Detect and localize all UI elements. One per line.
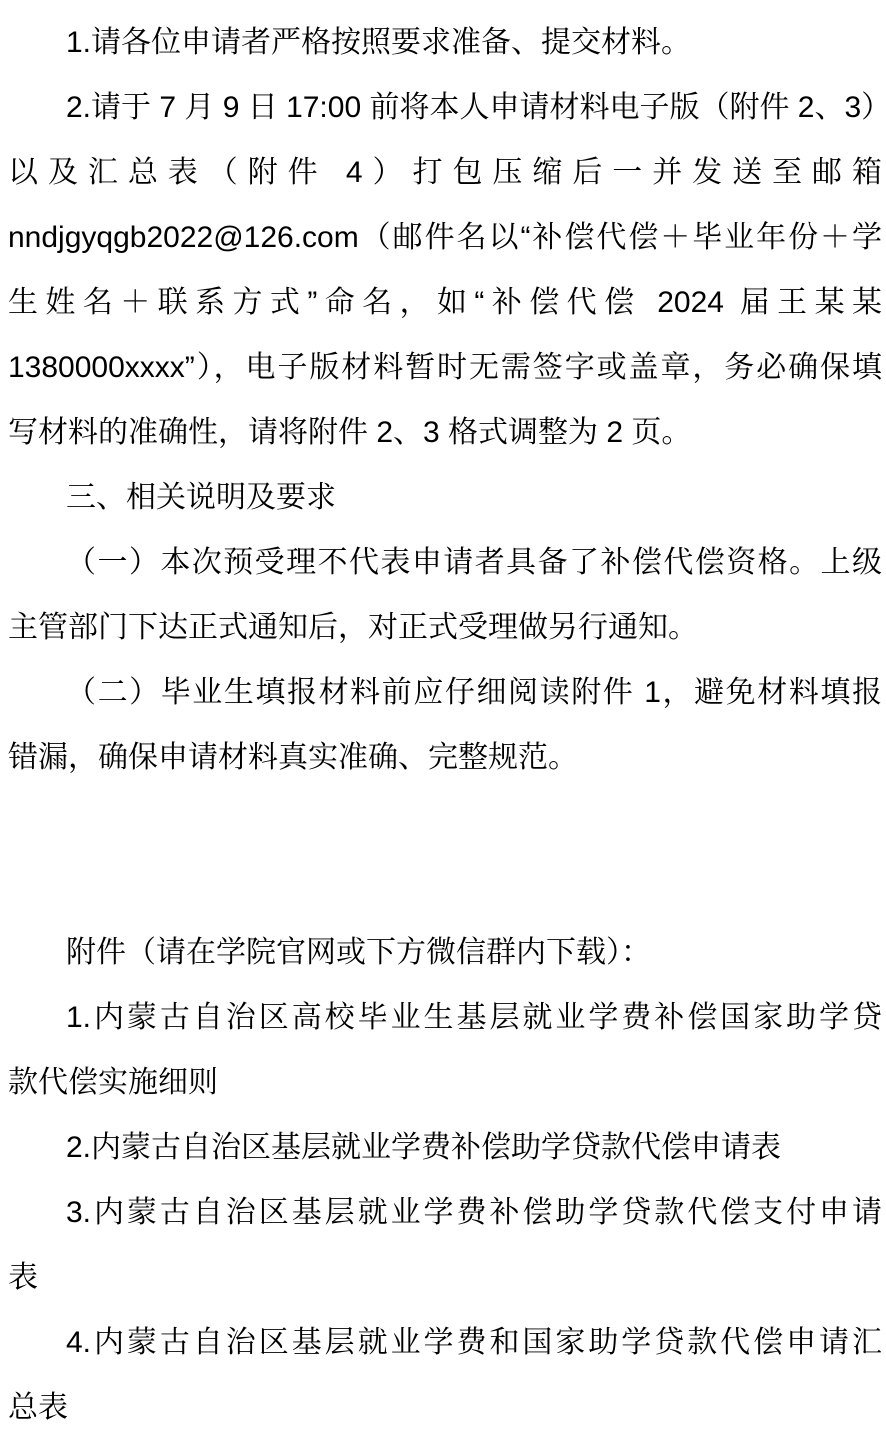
note-2-line-2: 错漏，确保申请材料真实准确、完整规范。 (8, 725, 882, 790)
attachment-3-line-1: 3.内蒙古自治区基层就业学费补偿助学贷款代偿支付申请 (8, 1180, 882, 1245)
document-page: 1.请各位申请者严格按照要求准备、提交材料。 2.请于 7 月 9 日 17:0… (0, 0, 886, 1440)
note-1-line-2: 主管部门下达正式通知后，对正式受理做另行通知。 (8, 595, 882, 660)
note-2-line-1: （二）毕业生填报材料前应仔细阅读附件 1，避免材料填报 (8, 660, 882, 725)
para-2-deadline-line-1: 2.请于 7 月 9 日 17:00 前将本人申请材料电子版（附件 2、3） (8, 75, 882, 140)
attachment-2-line: 2.内蒙古自治区基层就业学费补偿助学贷款代偿申请表 (8, 1115, 882, 1180)
para-2-signature-line: 1380000xxxx”），电子版材料暂时无需签字或盖章，务必确保填 (8, 335, 882, 400)
attachment-1-line-2: 款代偿实施细则 (8, 1050, 882, 1115)
para-2-naming-line: 生姓名＋联系方式”命名，如“补偿代偿 2024 届王某某 (8, 270, 882, 335)
attachment-3-line-2: 表 (8, 1245, 882, 1310)
note-1-line-1: （一）本次预受理不代表申请者具备了补偿代偿资格。上级 (8, 530, 882, 595)
attachment-4-line-1: 4.内蒙古自治区基层就业学费和国家助学贷款代偿申请汇 (8, 1310, 882, 1375)
para-1-requirement: 1.请各位申请者严格按照要求准备、提交材料。 (8, 10, 882, 75)
para-2-format-line: 写材料的准确性，请将附件 2、3 格式调整为 2 页。 (8, 400, 882, 465)
attachment-1-line-1: 1.内蒙古自治区高校毕业生基层就业学费补偿国家助学贷 (8, 985, 882, 1050)
section-3-heading: 三、相关说明及要求 (8, 465, 882, 530)
para-2-email-line: nndjgyqgb2022@126.com（邮件名以“补偿代偿＋毕业年份＋学 (8, 205, 882, 270)
attachment-4-line-2: 总表 (8, 1375, 882, 1440)
para-2-deadline-line-2: 以及汇总表（附件 4）打包压缩后一并发送至邮箱 (8, 140, 882, 205)
attachments-heading: 附件（请在学院官网或下方微信群内下载）： (8, 920, 882, 985)
